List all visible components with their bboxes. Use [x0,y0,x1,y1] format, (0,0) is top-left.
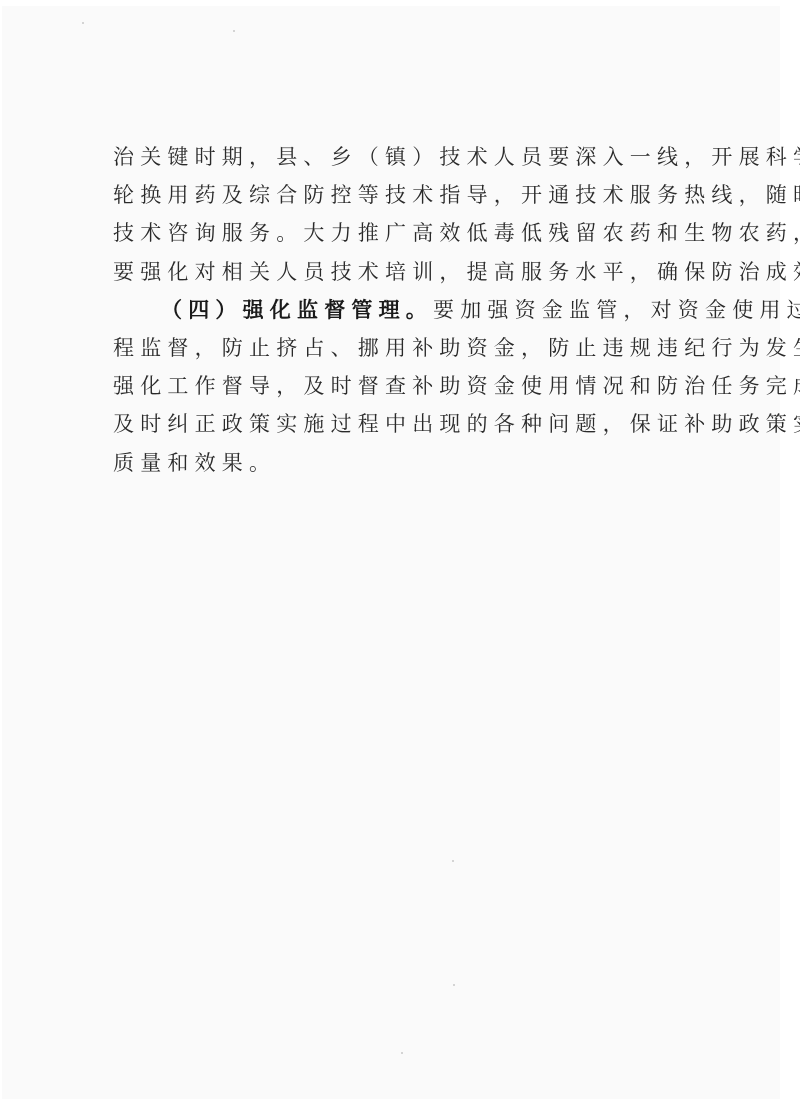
text-line: 要强化对相关人员技术培训，提高服务水平，确保防治成效。 [113,253,703,291]
paragraph-1: 治关键时期，县、乡（镇）技术人员要深入一线，开展科学用药、 轮换用药及综合防控等… [113,138,703,291]
text-line: 程监督，防止挤占、挪用补助资金，防止违规违纪行为发生。要 [113,329,703,367]
scan-speck [233,30,235,32]
text-line: 技术咨询服务。大力推广高效低毒低残留农药和生物农药，同时 [113,214,703,252]
text-line: （四）强化监督管理。要加强资金监管，对资金使用过程全 [113,291,703,329]
scan-speck [453,984,455,986]
scan-speck [82,22,84,24]
text-line: 及时纠正政策实施过程中出现的各种问题，保证补助政策实施的 [113,405,703,443]
scan-speck [452,860,454,862]
text-line: 治关键时期，县、乡（镇）技术人员要深入一线，开展科学用药、 [113,138,703,176]
text-line: 质量和效果。 [113,444,703,482]
text-span: 要加强资金监管，对资金使用过程全 [433,298,800,322]
paragraph-2: （四）强化监督管理。要加强资金监管，对资金使用过程全 程监督，防止挤占、挪用补助… [113,291,703,482]
text-line: 轮换用药及综合防控等技术指导，开通技术服务热线，随时提供 [113,176,703,214]
scan-speck [401,1052,403,1054]
section-heading: （四）强化监督管理。 [161,297,433,322]
document-body: 治关键时期，县、乡（镇）技术人员要深入一线，开展科学用药、 轮换用药及综合防控等… [113,138,703,482]
text-line: 强化工作督导，及时督查补助资金使用情况和防治任务完成情况， [113,367,703,405]
